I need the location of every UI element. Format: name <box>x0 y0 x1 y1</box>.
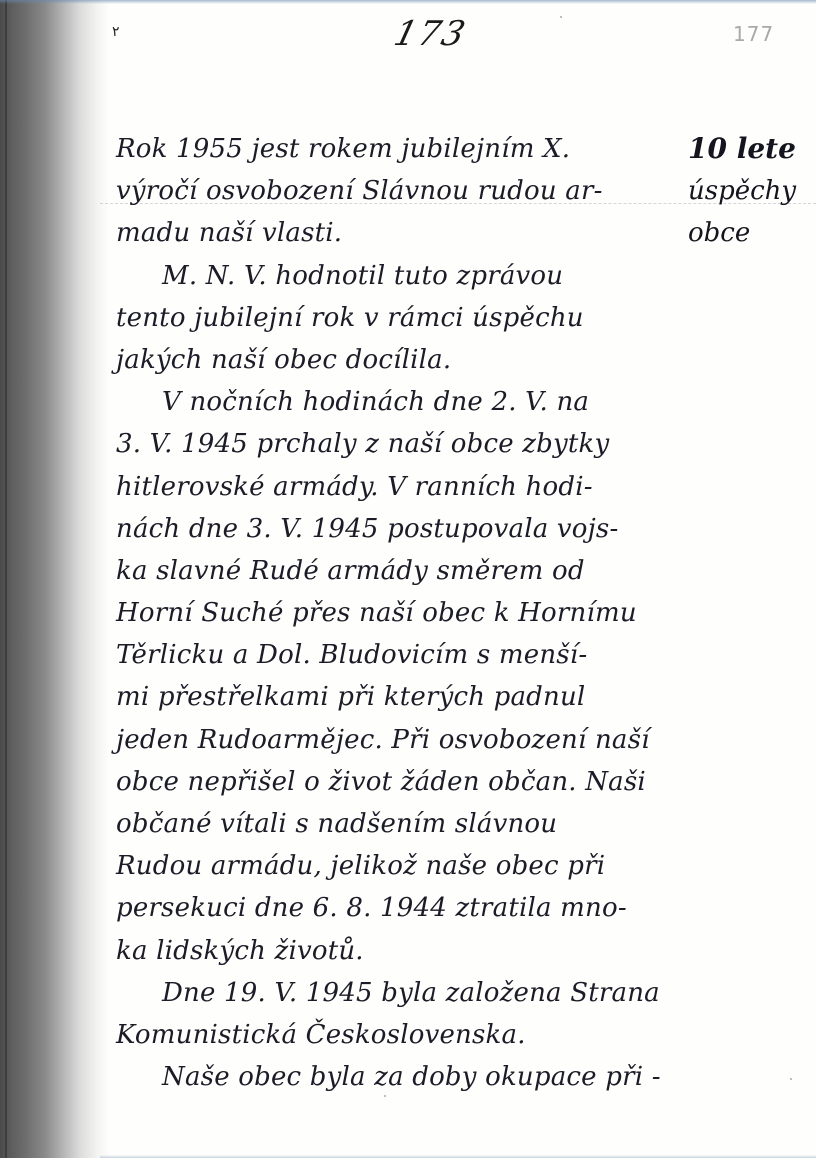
text-line: hitlerovské armády. V ranních hodi- <box>116 466 676 508</box>
text-line: V nočních hodinách dne 2. V. na <box>116 381 676 423</box>
text-line: jakých naší obec docílila. <box>116 339 676 381</box>
text-line: nách dne 3. V. 1945 postupovala vojs- <box>116 508 676 550</box>
handwritten-text-body: Rok 1955 jest rokem jubilejním X. výročí… <box>116 128 676 1098</box>
margin-note-line: obce <box>688 212 816 254</box>
document-page: ٢ 173 177 Rok 1955 jest rokem jubilejním… <box>0 0 816 1158</box>
margin-note-line: úspěchy <box>688 170 816 212</box>
text-line: persekuci dne 6. 8. 1944 ztratila mno- <box>116 887 676 929</box>
text-line: Komunistická Československa. <box>116 1014 676 1056</box>
text-line: ka lidských životů. <box>116 930 676 972</box>
scan-speck <box>790 1078 792 1080</box>
margin-note: 10 lete úspěchy obce <box>688 128 816 254</box>
text-line: jeden Rudoarmějec. Při osvobození naší <box>116 719 676 761</box>
scan-binding-shadow <box>0 0 110 1158</box>
text-line: Dne 19. V. 1945 byla založena Strana <box>116 972 676 1014</box>
scan-speck <box>560 16 562 18</box>
text-line: Naše obec byla za doby okupace při - <box>116 1056 676 1098</box>
scan-top-edge <box>0 0 816 4</box>
binding-edge-line <box>5 0 7 1158</box>
text-line: výročí osvobození Slávnou rudou ar- <box>116 170 676 212</box>
text-line: Horní Suché přes naší obec k Hornímu <box>116 592 676 634</box>
text-line: M. N. V. hodnotil tuto zprávou <box>116 255 676 297</box>
text-line: mi přestřelkami při kterých padnul <box>116 676 676 718</box>
archive-number-pencil: 177 <box>733 22 774 46</box>
corner-mark: ٢ <box>112 24 120 40</box>
text-line: občané vítali s nadšením slávnou <box>116 803 676 845</box>
text-line: Rok 1955 jest rokem jubilejním X. <box>116 128 676 170</box>
text-line: Těrlicku a Dol. Bludovicím s menší- <box>116 634 676 676</box>
text-line: Rudou armádu, jelikož naše obec při <box>116 845 676 887</box>
text-line: madu naší vlasti. <box>116 212 676 254</box>
text-line: obce nepřišel o život žáden občan. Naši <box>116 761 676 803</box>
page-number: 173 <box>390 14 471 54</box>
text-line: ka slavné Rudé armády směrem od <box>116 550 676 592</box>
margin-note-line: 10 lete <box>688 128 816 170</box>
scan-speck <box>384 1095 386 1097</box>
text-line: tento jubilejní rok v rámci úspěchu <box>116 297 676 339</box>
text-line: 3. V. 1945 prchaly z naší obce zbytky <box>116 423 676 465</box>
